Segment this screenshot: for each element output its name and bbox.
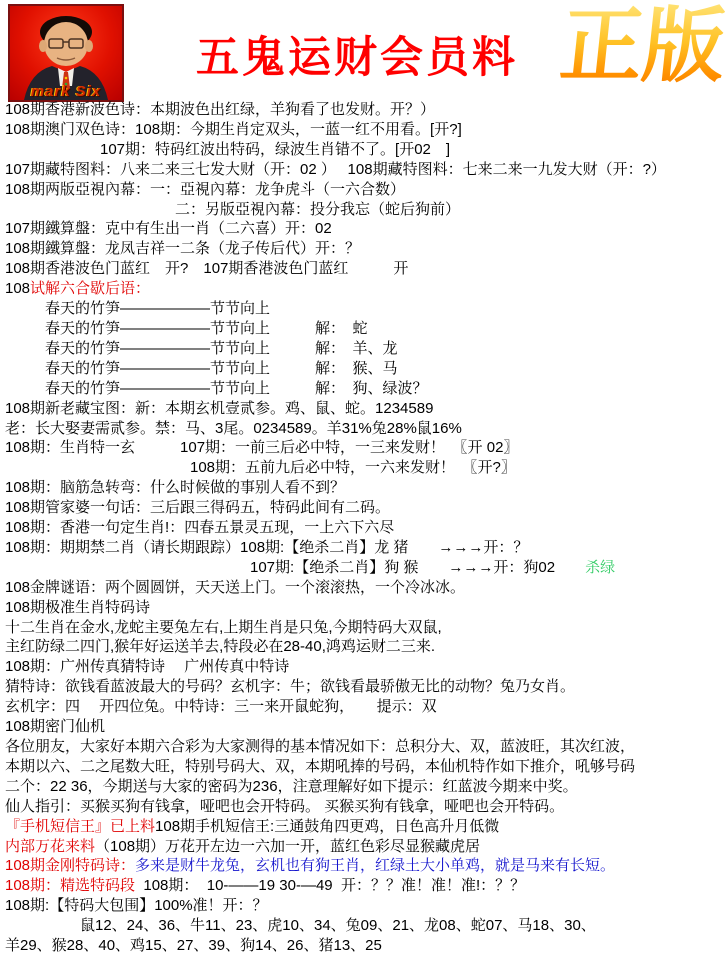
text-line: 108期管家婆一句话：三后跟三得码五，特码此间有二码。 bbox=[0, 498, 725, 518]
text-segment: 多来是财牛龙兔，玄机也有狗王肖，红绿土大小单鸡，就是马来有长短。 bbox=[135, 857, 615, 874]
text-segment: 107期：特码红波出特码，绿波生肖错不了。[开02 ] bbox=[100, 141, 450, 158]
text-line: 春天的竹笋——————节节向上 解： 蛇 bbox=[0, 319, 725, 339]
text-segment: 108期两版亞視內幕：一：亞視內幕：龙争虎斗（一六合数） bbox=[5, 181, 405, 198]
text-line: 107期：特码红波出特码，绿波生肖错不了。[开02 ] bbox=[0, 140, 725, 160]
text-line: 春天的竹笋——————节节向上 解： 狗、绿波？ bbox=[0, 379, 725, 399]
content-lines: 108期香港新波色诗：本期波色出红绿，羊狗看了也发财。开？）108期澳门双色诗：… bbox=[0, 100, 725, 956]
text-line: 春天的竹笋——————节节向上 解： 羊、龙 bbox=[0, 339, 725, 359]
text-line: 108期新老藏宝图：新：本期玄机壹贰参。鸡、鼠、蛇。1234589 bbox=[0, 399, 725, 419]
text-segment: 『手机短信王』已上料 bbox=[5, 818, 155, 835]
text-line: 108期密门仙机 bbox=[0, 717, 725, 737]
text-segment: 春天的竹笋——————节节向上 解： 狗、绿波？ bbox=[45, 380, 428, 397]
text-line: 108期金刚特码诗：多来是财牛龙兔，玄机也有狗王肖，红绿土大小单鸡，就是马来有长… bbox=[0, 856, 725, 876]
text-segment: 108期手机短信王:三通鼓角四更鸡，日色高升月低微 bbox=[155, 818, 499, 835]
text-segment: 鼠12、24、36、牛11、23、虎10、34、兔09、21、龙08、蛇07、马… bbox=[80, 917, 596, 934]
text-segment: 108期：脑筋急转弯：什么时候做的事别人看不到？ bbox=[5, 479, 345, 496]
text-segment: 杀绿 bbox=[555, 559, 615, 576]
text-line: 108期：生肖特一玄 107期：一前三后必中特，一三来发财！ 〖开 02〗 bbox=[0, 438, 725, 458]
text-segment: 108期： 10-——19 30-—49 开：？？准！准！准!：？？ bbox=[135, 877, 525, 894]
text-line: 鼠12、24、36、牛11、23、虎10、34、兔09、21、龙08、蛇07、马… bbox=[0, 916, 725, 936]
text-line: 108期澳门双色诗：108期：今期生肖定双头，一蓝一红不用看。[开?] bbox=[0, 120, 725, 140]
text-segment: 108期管家婆一句话：三后跟三得码五，特码此间有二码。 bbox=[5, 499, 390, 516]
text-segment: 二个：22 36，今期送与大家的密码为236，注意理解好如下提示：红蓝波今期来中… bbox=[5, 778, 578, 795]
text-segment: 108期：香港一句定生肖!：四春五景灵五现，一上六下六尽 bbox=[5, 519, 394, 536]
text-line: 内部万花来料（108期）万花开左边一六加一开，蓝红色彩尽显猴藏虎居 bbox=[0, 837, 725, 857]
text-segment: 仙人指引：买猴买狗有钱拿，哑吧也会开特码。 买猴买狗有钱拿，哑吧也会开特码。 bbox=[5, 798, 564, 815]
text-segment: 107期鐵算盤：克中有生出一肖（二六喜）开：02 bbox=[5, 220, 332, 237]
text-line: 108期鐵算盤：龙凤吉祥一二条（龙子传后代）开：？ bbox=[0, 239, 725, 259]
text-line: 108期：广州传真猜特诗 广州传真中特诗 bbox=[0, 657, 725, 677]
text-line: 108期：精选特码段 108期： 10-——19 30-—49 开：？？准！准！… bbox=[0, 876, 725, 896]
text-line: 羊29、猴28、40、鸡15、27、39、狗14、26、猪13、25 bbox=[0, 936, 725, 956]
text-segment: 二：另版亞視內幕：投分我忘（蛇后狗前） bbox=[175, 201, 460, 218]
text-line: 主红防绿二四门,猴年好运送羊去,特段必在28-40,鸿鸡运财二三来. bbox=[0, 637, 725, 657]
text-segment: 108期：广州传真猜特诗 广州传真中特诗 bbox=[5, 658, 289, 675]
text-segment: 108期澳门双色诗：108期：今期生肖定双头，一蓝一红不用看。[开?] bbox=[5, 121, 462, 138]
text-line: 108期：香港一句定生肖!：四春五景灵五现，一上六下六尽 bbox=[0, 518, 725, 538]
text-line: 107期:【绝杀二肖】狗 猴 →→→开：狗02 杀绿 bbox=[0, 558, 725, 578]
text-segment: 108期：生肖特一玄 107期：一前三后必中特，一三来发财！ 〖开 02〗 bbox=[5, 439, 518, 456]
text-line: 108金牌谜语：两个圆圆饼，天天送上门。一个滚滚热，一个冷冰冰。 bbox=[0, 578, 725, 598]
text-segment: 108期极准生肖特码诗 bbox=[5, 599, 150, 616]
portrait-caption: mark Six bbox=[10, 83, 122, 100]
text-line: 108期两版亞視內幕：一：亞視內幕：龙争虎斗（一六合数） bbox=[0, 180, 725, 200]
text-line: 二：另版亞視內幕：投分我忘（蛇后狗前） bbox=[0, 200, 725, 220]
text-line: 108期:【特码大包围】100%准！开：？ bbox=[0, 896, 725, 916]
text-segment: 108期金刚特码诗： bbox=[5, 857, 135, 874]
text-line: 108期香港波色门蓝红 开? 107期香港波色门蓝红 开 bbox=[0, 259, 725, 279]
text-segment: 春天的竹笋——————节节向上 bbox=[45, 300, 270, 317]
text-segment: 108 bbox=[5, 280, 30, 297]
text-segment: 108期：期期禁二肖（请长期跟踪）108期:【绝杀二肖】龙 猪 →→→开：？ bbox=[5, 539, 528, 556]
text-line: 108期极准生肖特码诗 bbox=[0, 598, 725, 618]
text-segment: 十二生肖在金水,龙蛇主要兔左右,上期生肖是只兔,今期特码大双鼠, bbox=[5, 619, 442, 636]
text-segment: 107期藏特图料：八来二来三七发大财（开：02 ） 108期藏特图料：七来二来一… bbox=[5, 161, 666, 178]
text-segment: 试解六合歇后语： bbox=[30, 280, 150, 297]
text-line: 二个：22 36，今期送与大家的密码为236，注意理解好如下提示：红蓝波今期来中… bbox=[0, 777, 725, 797]
text-line: 108期：脑筋急转弯：什么时候做的事别人看不到？ bbox=[0, 478, 725, 498]
text-segment: 春天的竹笋——————节节向上 解： 蛇 bbox=[45, 320, 368, 337]
text-line: 猜特诗：欲钱看蓝波最大的号码？玄机字：牛；欲钱看最骄傲无比的动物？兔乃女肖。 bbox=[0, 677, 725, 697]
text-segment: 108期香港波色门蓝红 开? 107期香港波色门蓝红 开 bbox=[5, 260, 408, 277]
text-segment: 108期香港新波色诗：本期波色出红绿，羊狗看了也发财。开？） bbox=[5, 101, 435, 118]
text-line: 本期以六、二之尾数大旺，特别号码大、双，本期吼捧的号码，本仙机特作如下推介，吼够… bbox=[0, 757, 725, 777]
text-line: 108期：五前九后必中特，一六来发财！ 〖开?〗 bbox=[0, 458, 725, 478]
text-segment: 108期鐵算盤：龙凤吉祥一二条（龙子传后代）开：？ bbox=[5, 240, 360, 257]
text-segment: 春天的竹笋——————节节向上 解： 羊、龙 bbox=[45, 340, 398, 357]
page: mark Six 五鬼运财会员料 正版 108期香港新波色诗：本期波色出红绿，羊… bbox=[0, 0, 725, 960]
text-line: 玄机字：四 开四位兔。中特诗：三一来开鼠蛇狗， 提示：双 bbox=[0, 697, 725, 717]
genuine-badge: 正版 bbox=[556, 2, 725, 92]
text-line: 107期鐵算盤：克中有生出一肖（二六喜）开：02 bbox=[0, 219, 725, 239]
text-line: 108期香港新波色诗：本期波色出红绿，羊狗看了也发财。开？） bbox=[0, 100, 725, 120]
text-line: 『手机短信王』已上料108期手机短信王:三通鼓角四更鸡，日色高升月低微 bbox=[0, 817, 725, 837]
text-line: 仙人指引：买猴买狗有钱拿，哑吧也会开特码。 买猴买狗有钱拿，哑吧也会开特码。 bbox=[0, 797, 725, 817]
text-segment: 108金牌谜语：两个圆圆饼，天天送上门。一个滚滚热，一个冷冰冰。 bbox=[5, 579, 465, 596]
portrait-photo: mark Six bbox=[8, 4, 124, 102]
text-segment: 各位朋友，大家好本期六合彩为大家测得的基本情况如下：总积分大、双，蓝波旺，其次红… bbox=[5, 738, 635, 755]
text-line: 春天的竹笋——————节节向上 bbox=[0, 299, 725, 319]
text-segment: 107期:【绝杀二肖】狗 猴 →→→开：狗02 bbox=[250, 559, 555, 576]
text-segment: 老：长大娶妻需贰参。禁：马、3尾。0234589。羊31%兔28%鼠16% bbox=[5, 420, 462, 437]
text-segment: （108期）万花开左边一六加一开，蓝红色彩尽显猴藏虎居 bbox=[95, 838, 480, 855]
text-segment: 本期以六、二之尾数大旺，特别号码大、双，本期吼捧的号码，本仙机特作如下推介，吼够… bbox=[5, 758, 635, 775]
text-line: 春天的竹笋——————节节向上 解： 猴、马 bbox=[0, 359, 725, 379]
text-segment: 108期：五前九后必中特，一六来发财！ 〖开?〗 bbox=[190, 459, 516, 476]
text-line: 108试解六合歇后语： bbox=[0, 279, 725, 299]
text-line: 108期：期期禁二肖（请长期跟踪）108期:【绝杀二肖】龙 猪 →→→开：？ bbox=[0, 538, 725, 558]
text-segment: 玄机字：四 开四位兔。中特诗：三一来开鼠蛇狗， 提示：双 bbox=[5, 698, 437, 715]
text-segment: 羊29、猴28、40、鸡15、27、39、狗14、26、猪13、25 bbox=[5, 937, 382, 954]
text-segment: 108期：精选特码段 bbox=[5, 877, 135, 894]
text-segment: 108期:【特码大包围】100%准！开：？ bbox=[5, 897, 268, 914]
text-line: 老：长大娶妻需贰参。禁：马、3尾。0234589。羊31%兔28%鼠16% bbox=[0, 419, 725, 439]
text-segment: 108期密门仙机 bbox=[5, 718, 105, 735]
text-line: 十二生肖在金水,龙蛇主要兔左右,上期生肖是只兔,今期特码大双鼠, bbox=[0, 618, 725, 638]
text-line: 各位朋友，大家好本期六合彩为大家测得的基本情况如下：总积分大、双，蓝波旺，其次红… bbox=[0, 737, 725, 757]
text-segment: 猜特诗：欲钱看蓝波最大的号码？玄机字：牛；欲钱看最骄傲无比的动物？兔乃女肖。 bbox=[5, 678, 575, 695]
text-line: 107期藏特图料：八来二来三七发大财（开：02 ） 108期藏特图料：七来二来一… bbox=[0, 160, 725, 180]
text-segment: 内部万花来料 bbox=[5, 838, 95, 855]
text-segment: 主红防绿二四门,猴年好运送羊去,特段必在28-40,鸿鸡运财二三来. bbox=[5, 638, 435, 655]
header: mark Six 五鬼运财会员料 正版 bbox=[0, 0, 725, 100]
page-title: 五鬼运财会员料 bbox=[196, 24, 518, 85]
text-segment: 108期新老藏宝图：新：本期玄机壹贰参。鸡、鼠、蛇。1234589 bbox=[5, 400, 433, 417]
text-segment: 春天的竹笋——————节节向上 解： 猴、马 bbox=[45, 360, 398, 377]
